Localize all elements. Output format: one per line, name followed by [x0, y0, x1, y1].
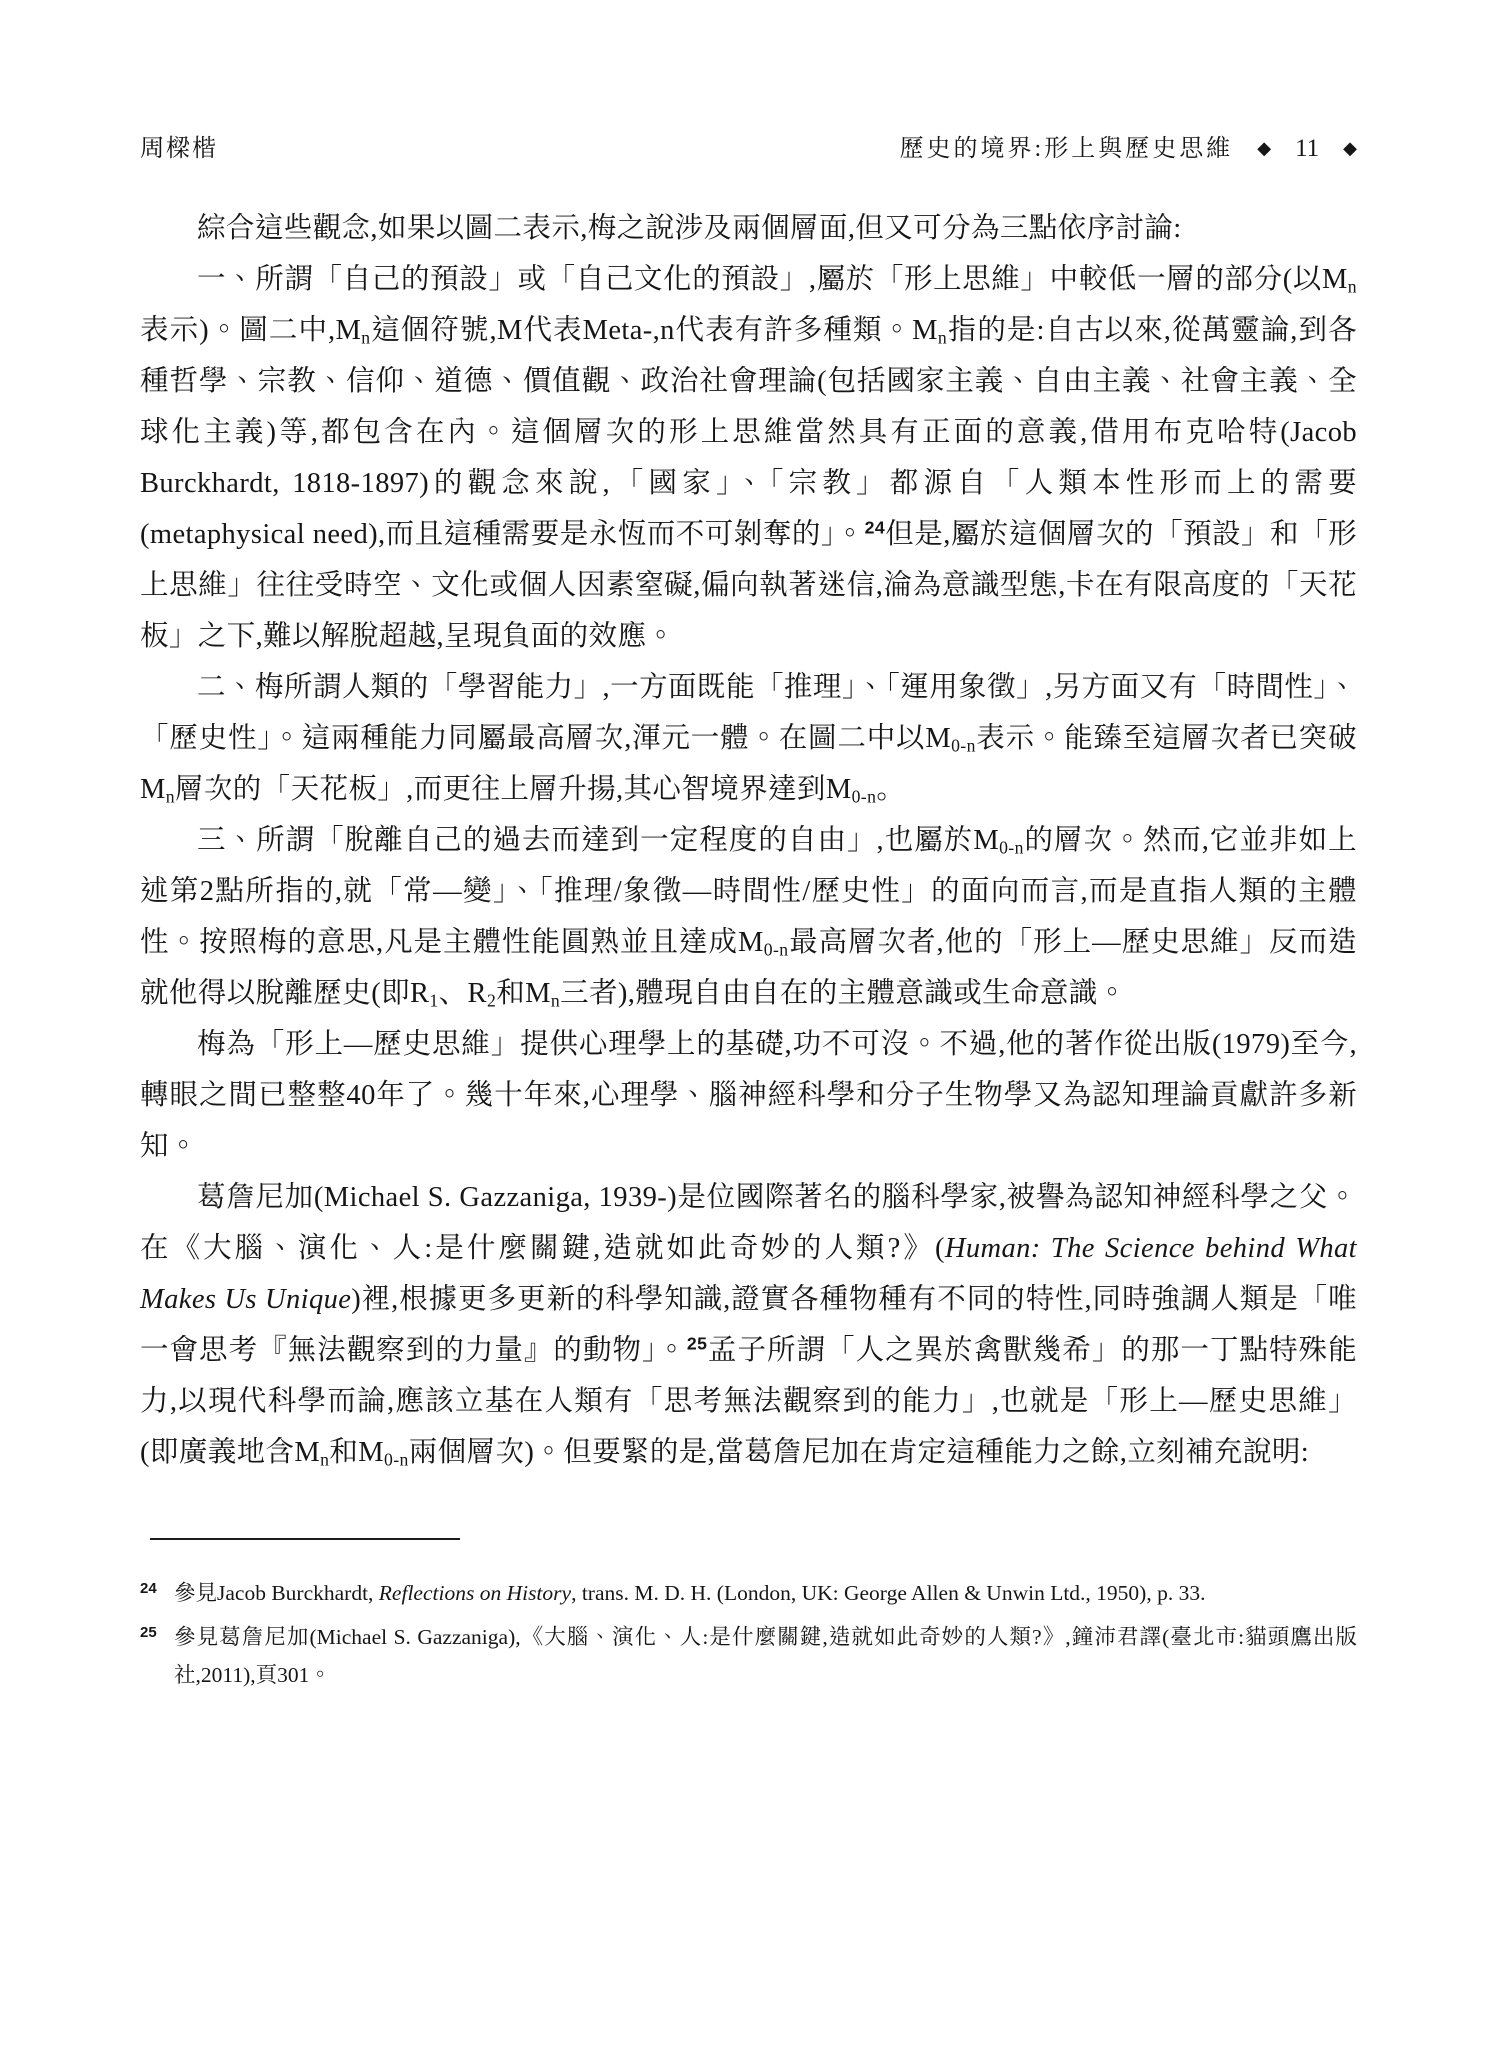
text-run: 三、所謂「脫離自己的過去而達到一定程度的自由」,也屬於M — [197, 825, 999, 856]
subscript: 0-n — [384, 1449, 409, 1469]
text-run: 和M — [496, 978, 551, 1009]
paragraph: 二、梅所謂人類的「學習能力」,一方面既能「推理」、「運用象徵」,另方面又有「時間… — [140, 662, 1357, 815]
footnote: 25參見葛詹尼加(Michael S. Gazzaniga),《大腦、演化、人:… — [140, 1618, 1357, 1694]
header-title: 歷史的境界:形上與歷史思維 — [900, 128, 1234, 163]
subscript: n — [166, 786, 175, 806]
running-header: 周樑楷 歷史的境界:形上與歷史思維 ◆ 11 ◆ — [140, 0, 1357, 163]
subscript: n — [1348, 276, 1357, 296]
subscript: n — [320, 1449, 329, 1469]
footnote-area: 24參見Jacob Burckhardt, Reflections on His… — [140, 1538, 1357, 1694]
text-run: 表示)。圖二中,M — [140, 315, 361, 346]
text-run: 和M — [329, 1437, 384, 1468]
paragraph: 一、所謂「自己的預設」或「自己文化的預設」,屬於「形上思維」中較低一層的部分(以… — [140, 254, 1357, 662]
text-run: 兩個層次)。但要緊的是,當葛詹尼加在肯定這種能力之餘,立刻補充說明: — [409, 1437, 1309, 1468]
document-page: 周樑楷 歷史的境界:形上與歷史思維 ◆ 11 ◆ 綜合這些觀念,如果以圖二表示,… — [0, 0, 1493, 2048]
footnote: 24參見Jacob Burckhardt, Reflections on His… — [140, 1574, 1357, 1612]
subscript: n — [551, 990, 560, 1010]
text-run: 、R — [439, 978, 487, 1009]
subscript: n — [361, 327, 370, 347]
text-run: 這個符號,M代表Meta-,n代表有許多種類。M — [371, 315, 938, 346]
footnote-separator — [150, 1538, 460, 1540]
paragraph: 三、所謂「脫離自己的過去而達到一定程度的自由」,也屬於M0-n的層次。然而,它並… — [140, 815, 1357, 1019]
text-run: 層次的「天花板」,而更往上層升揚,其心智境界達到M — [175, 774, 852, 805]
text-run: 梅為「形上—歷史思維」提供心理學上的基礎,功不可沒。不過,他的著作從出版(197… — [140, 1029, 1357, 1162]
header-right: 歷史的境界:形上與歷史思維 ◆ 11 ◆ — [900, 128, 1357, 163]
subscript: 1 — [429, 990, 438, 1010]
subscript: 0-n — [999, 837, 1024, 857]
text-run: 指的是:自古以來,從萬靈論,到各種哲學、宗教、信仰、道德、價值觀、政治社會理論(… — [140, 315, 1357, 550]
text-run: 。 — [876, 774, 905, 805]
subscript: 2 — [487, 990, 496, 1010]
paragraph: 梅為「形上—歷史思維」提供心理學上的基礎,功不可沒。不過,他的著作從出版(197… — [140, 1019, 1357, 1172]
text-run: 三者),體現自由自在的主體意識或生命意識。 — [560, 978, 1127, 1009]
footnote-ref: 24 — [865, 517, 885, 537]
paragraph: 綜合這些觀念,如果以圖二表示,梅之說涉及兩個層面,但又可分為三點依序討論: — [140, 203, 1357, 254]
text-run: , trans. M. D. H. (London, UK: George Al… — [571, 1581, 1205, 1605]
footnote-list: 24參見Jacob Burckhardt, Reflections on His… — [140, 1574, 1357, 1694]
footnote-marker: 24 — [140, 1570, 157, 1608]
text-run: 參見葛詹尼加(Michael S. Gazzaniga),《大腦、演化、人:是什… — [174, 1625, 1357, 1687]
footnote-ref: 25 — [687, 1333, 707, 1353]
page-number: 11 — [1295, 135, 1319, 163]
italic-text: Reflections on History — [379, 1581, 571, 1605]
text-run: 一、所謂「自己的預設」或「自己文化的預設」,屬於「形上思維」中較低一層的部分(以… — [197, 264, 1348, 295]
text-run: 參見Jacob Burckhardt, — [174, 1581, 379, 1605]
subscript: 0-n — [951, 735, 976, 755]
diamond-icon: ◆ — [1257, 138, 1271, 159]
footnote-marker: 25 — [140, 1614, 157, 1652]
body-text: 綜合這些觀念,如果以圖二表示,梅之說涉及兩個層面,但又可分為三點依序討論:一、所… — [140, 203, 1357, 1478]
paragraph: 葛詹尼加(Michael S. Gazzaniga, 1939-)是位國際著名的… — [140, 1172, 1357, 1478]
subscript: n — [938, 327, 947, 347]
header-author: 周樑楷 — [140, 128, 218, 163]
subscript: 0-n — [852, 786, 877, 806]
text-run: 綜合這些觀念,如果以圖二表示,梅之說涉及兩個層面,但又可分為三點依序討論: — [197, 213, 1182, 244]
subscript: 0-n — [764, 939, 789, 959]
diamond-icon: ◆ — [1343, 138, 1357, 159]
